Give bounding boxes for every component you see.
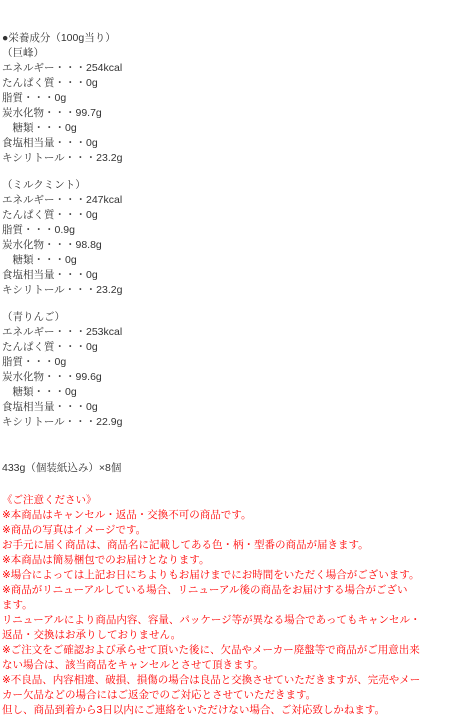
nutrition-lines: エネルギー・・・253kcalたんぱく質・・・0g脂質・・・0g炭水化物・・・9… <box>2 325 450 430</box>
flavor-name: （巨峰） <box>2 46 450 61</box>
notice-line: ※本商品はキャンセル・返品・交換不可の商品です。 <box>2 508 450 523</box>
nutrition-line: たんぱく質・・・0g <box>2 208 450 223</box>
notice-line: 返品・交換はお承りしておりません。 <box>2 628 450 643</box>
notice-line: ます。 <box>2 598 450 613</box>
nutrition-line: 脂質・・・0.9g <box>2 223 450 238</box>
notice-line: ※本商品は簡易梱包でのお届けとなります。 <box>2 553 450 568</box>
notice-line: ※商品の写真はイメージです。 <box>2 523 450 538</box>
nutrition-lines: エネルギー・・・247kcalたんぱく質・・・0g脂質・・・0.9g炭水化物・・… <box>2 193 450 298</box>
nutrition-line: キシリトール・・・23.2g <box>2 283 450 298</box>
nutrition-line: 食塩相当量・・・0g <box>2 136 450 151</box>
nutrition-line: エネルギー・・・254kcal <box>2 61 450 76</box>
nutrition-lines: エネルギー・・・254kcalたんぱく質・・・0g脂質・・・0g炭水化物・・・9… <box>2 61 450 166</box>
flavor-name: （青りんご） <box>2 310 450 325</box>
nutrition-line: キシリトール・・・22.9g <box>2 415 450 430</box>
nutrition-line: 炭水化物・・・99.7g <box>2 106 450 121</box>
nutrition-line: 食塩相当量・・・0g <box>2 400 450 415</box>
nutrition-line: 糖類・・・0g <box>2 253 450 268</box>
nutrition-line: エネルギー・・・247kcal <box>2 193 450 208</box>
notice-line: カー欠品などの場合にはご返金でのご対応とさせていただきます。 <box>2 688 450 703</box>
notice-line: 但し、商品到着から3日以内にご連絡をいただけない場合、ご対応致しかねます。 <box>2 703 450 718</box>
nutrition-line: キシリトール・・・23.2g <box>2 151 450 166</box>
product-description: ●栄養成分（100g当り） （巨峰） エネルギー・・・254kcalたんぱく質・… <box>0 0 450 718</box>
nutrition-line: エネルギー・・・253kcal <box>2 325 450 340</box>
notice-line: ※商品がリニューアルしている場合、リニューアル後の商品をお届けする場合がござい <box>2 583 450 598</box>
notice-line: お手元に届く商品は、商品名に記載してある色・柄・型番の商品が届きます。 <box>2 538 450 553</box>
nutrition-line: たんぱく質・・・0g <box>2 76 450 91</box>
nutrition-line: 脂質・・・0g <box>2 355 450 370</box>
notice-line: ※不良品、内容相違、破損、損傷の場合は良品と交換させていただきますが、完売やメー <box>2 673 450 688</box>
nutrition-line: 炭水化物・・・98.8g <box>2 238 450 253</box>
nutrition-line: 脂質・・・0g <box>2 91 450 106</box>
notice-line: リニューアルにより商品内容、容量、パッケージ等が異なる場合であってもキャンセル・ <box>2 613 450 628</box>
nutrition-block-green-apple: （青りんご） エネルギー・・・253kcalたんぱく質・・・0g脂質・・・0g炭… <box>2 310 450 430</box>
notice-line: ※ご注文をご確認および承らせて頂いた後に、欠品やメーカー廃盤等で商品がご用意出来 <box>2 643 450 658</box>
nutrition-block-milk-mint: （ミルクミント） エネルギー・・・247kcalたんぱく質・・・0g脂質・・・0… <box>2 178 450 298</box>
nutrition-line: 糖類・・・0g <box>2 121 450 136</box>
notice-line: ※場合によっては上記お日にちよりもお届けまでにお時間をいただく場合がございます。 <box>2 568 450 583</box>
notice-line: ない場合は、該当商品をキャンセルとさせて頂きます。 <box>2 658 450 673</box>
nutrition-heading: ●栄養成分（100g当り） <box>2 31 450 46</box>
package-weight: 433g（個装紙込み）×8個 <box>2 461 450 476</box>
notice-section: 《ご注意ください》 ※本商品はキャンセル・返品・交換不可の商品です。※商品の写真… <box>2 493 450 718</box>
notice-lines: ※本商品はキャンセル・返品・交換不可の商品です。※商品の写真はイメージです。お手… <box>2 508 450 718</box>
nutrition-line: 炭水化物・・・99.6g <box>2 370 450 385</box>
nutrition-line: 食塩相当量・・・0g <box>2 268 450 283</box>
nutrition-line: たんぱく質・・・0g <box>2 340 450 355</box>
nutrition-line: 糖類・・・0g <box>2 385 450 400</box>
flavor-name: （ミルクミント） <box>2 178 450 193</box>
notice-title: 《ご注意ください》 <box>2 493 450 508</box>
nutrition-block-kyoho: （巨峰） エネルギー・・・254kcalたんぱく質・・・0g脂質・・・0g炭水化… <box>2 46 450 166</box>
